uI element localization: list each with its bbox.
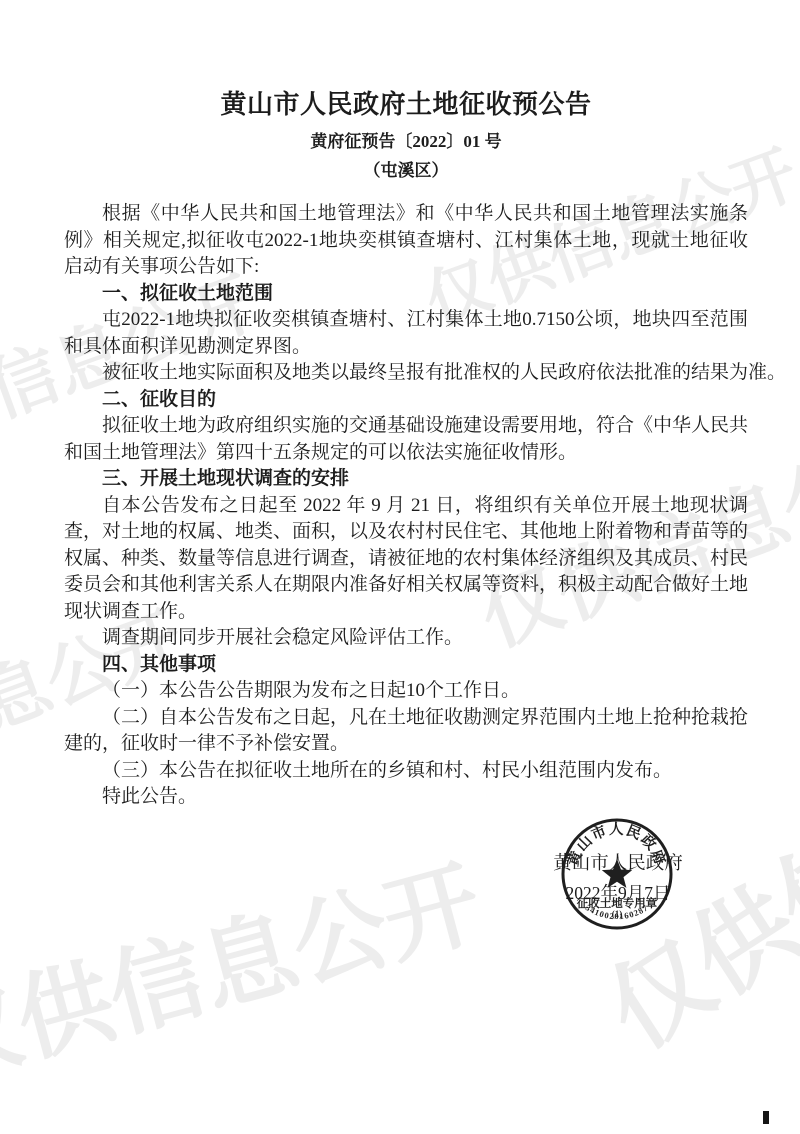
- scan-artifact-mark: [763, 1111, 769, 1124]
- district-label: （屯溪区）: [64, 159, 748, 183]
- paragraph: 自本公告发布之日起至 2022 年 9 月 21 日，将组织有关单位开展土地现状…: [64, 493, 748, 626]
- paragraph: 屯2022-1地块拟征收奕棋镇查塘村、江村集体土地0.7150公顷，地块四至范围…: [64, 307, 748, 360]
- section-heading-2: 二、征收目的: [64, 387, 748, 414]
- page-title: 黄山市人民政府土地征收预公告: [64, 88, 748, 122]
- document-number: 黄府征预告〔2022〕01 号: [64, 130, 748, 154]
- signature-date: 2022年9月7日: [508, 881, 728, 905]
- section-heading-4: 四、其他事项: [64, 652, 748, 679]
- paragraph: （一）本公告公告期限为发布之日起10个工作日。: [64, 678, 748, 705]
- scanned-announcement-page: 仅供信息公开 仅供信息公开 仅供信息公开 仅供信息公开 仅供信息公开 仅供信息公…: [0, 0, 800, 1134]
- intro-paragraph: 根据《中华人民共和国土地管理法》和《中华人民共和国土地管理法实施条例》相关规定,…: [64, 201, 748, 281]
- document-body: 根据《中华人民共和国土地管理法》和《中华人民共和国土地管理法实施条例》相关规定,…: [64, 201, 748, 811]
- watermark-text: 仅供信息公开: [0, 827, 494, 1106]
- paragraph: （三）本公告在拟征收土地所在的乡镇和村、村民小组范围内发布。: [64, 758, 748, 785]
- paragraph: （二）自本公告发布之日起，凡在土地征收勘测定界范围内土地上抢种抢栽抢建的，征收时…: [64, 705, 748, 758]
- section-heading-1: 一、拟征收土地范围: [64, 281, 748, 308]
- signature-issuer: 黄山市人民政府: [508, 852, 728, 876]
- paragraph: 拟征收土地为政府组织实施的交通基础设施建设需要用地，符合《中华人民共和国土地管理…: [64, 413, 748, 466]
- paragraph: 调查期间同步开展社会稳定风险评估工作。: [64, 625, 748, 652]
- document-content: 黄山市人民政府土地征收预公告 黄府征预告〔2022〕01 号 （屯溪区） 根据《…: [0, 0, 800, 811]
- section-heading-3: 三、开展土地现状调查的安排: [64, 466, 748, 493]
- closing-paragraph: 特此公告。: [64, 784, 748, 811]
- paragraph: 被征收土地实际面积及地类以最终呈报有批准权的人民政府依法批准的结果为准。: [64, 360, 748, 387]
